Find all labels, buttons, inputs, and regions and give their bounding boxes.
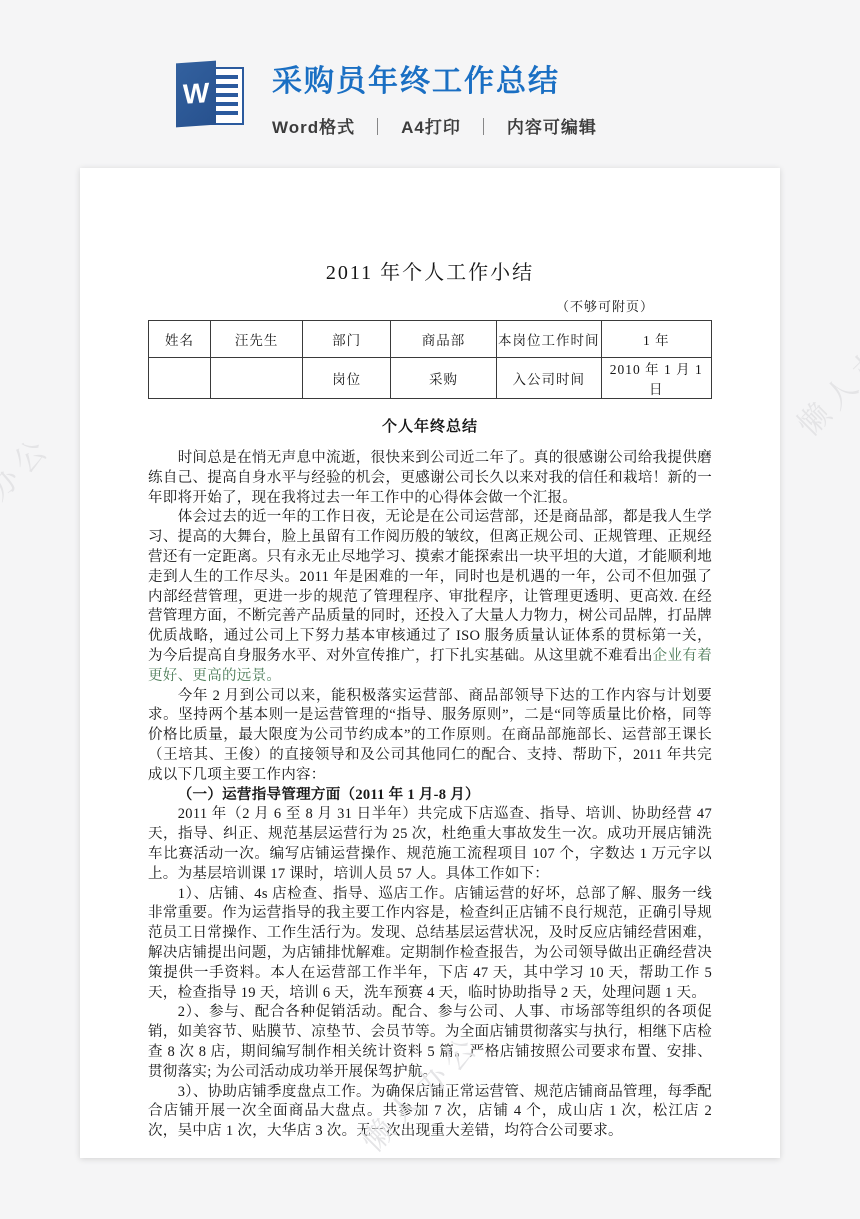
subtitle-separator: ｜ xyxy=(475,118,493,137)
list-item-2: 2）、参与、配合各种促销活动。配合、参与公司、人事、市场部等组织的各项促销，如美… xyxy=(148,1003,712,1082)
word-icon-letter: W xyxy=(183,77,209,111)
header: 采购员年终工作总结 Word格式｜A4打印｜内容可编辑 xyxy=(272,56,597,138)
document-title: 2011 年个人工作小结 xyxy=(148,168,712,285)
document-body: 时间总是在悄无声息中流逝，很快来到公司近二年了。真的很感谢公司给我提供磨练自己、… xyxy=(148,449,712,1142)
document-page: 2011 年个人工作小结 （不够可附页） 姓名 汪先生 部门 商品部 本岗位工作… xyxy=(80,168,780,1158)
section-heading: 个人年终总结 xyxy=(148,415,712,436)
header-subtitle: Word格式｜A4打印｜内容可编辑 xyxy=(272,113,597,138)
paragraph-review: 体会过去的近一年的工作日夜，无论是在公司运营部，还是商品部，都是我人生学习、提高… xyxy=(148,508,712,686)
list-item-3: 3）、协助店铺季度盘点工作。为确保店铺正常运营管、规范店铺商品管理，每季配合店铺… xyxy=(148,1083,712,1142)
cell-joined-label: 入公司时间 xyxy=(496,358,601,399)
template-preview-page: { "header": { "title": "采购员年终工作总结", "sub… xyxy=(0,0,860,1219)
page-title: 采购员年终工作总结 xyxy=(272,56,597,100)
watermark-text: 懒人办公 xyxy=(785,305,860,444)
table-row: 岗位 采购 入公司时间 2010 年 1 月 1 日 xyxy=(149,358,712,399)
employee-info-table: 姓名 汪先生 部门 商品部 本岗位工作时间 1 年 岗位 采购 入公司时间 20… xyxy=(148,320,712,399)
cell-tenure-value: 1 年 xyxy=(601,321,711,358)
word-icon: W xyxy=(176,60,246,134)
watermark-text: 懒人办公 xyxy=(0,423,60,562)
cell-name-value: 汪先生 xyxy=(210,321,302,358)
word-icon-blue-slab: W xyxy=(176,61,216,128)
list-item-1: 1）、店铺、4s 店检查、指导、巡店工作。店铺运营的好坏，总部了解、服务一线非常… xyxy=(148,885,712,1004)
paragraph-intro: 时间总是在悄无声息中流逝，很快来到公司近二年了。真的很感谢公司给我提供磨练自己、… xyxy=(148,449,712,508)
subsection-heading: （一）运营指导管理方面（2011 年 1 月-8 月） xyxy=(148,786,712,806)
cell-empty xyxy=(210,358,302,399)
subtitle-part-editable: 内容可编辑 xyxy=(507,118,597,137)
cell-joined-value: 2010 年 1 月 1 日 xyxy=(601,358,711,399)
cell-name-label: 姓名 xyxy=(149,321,211,358)
cell-empty xyxy=(149,358,211,399)
paragraph-principles: 今年 2 月到公司以来，能积极落实运营部、商品部领导下达的工作内容与计划要求。坚… xyxy=(148,687,712,786)
subtitle-part-print: A4打印 xyxy=(401,118,461,137)
attachment-note: （不够可附页） xyxy=(148,296,712,315)
paragraph-stats: 2011 年（2 月 6 至 8 月 31 日半年）共完成下店巡查、指导、培训、… xyxy=(148,805,712,884)
cell-dept-label: 部门 xyxy=(303,321,391,358)
subtitle-separator: ｜ xyxy=(369,118,387,137)
cell-post-label: 岗位 xyxy=(303,358,391,399)
subtitle-part-format: Word格式 xyxy=(272,118,355,137)
cell-dept-value: 商品部 xyxy=(391,321,497,358)
cell-tenure-label: 本岗位工作时间 xyxy=(496,321,601,358)
paragraph-review-text: 体会过去的近一年的工作日夜，无论是在公司运营部，还是商品部，都是我人生学习、提高… xyxy=(148,509,712,664)
table-row: 姓名 汪先生 部门 商品部 本岗位工作时间 1 年 xyxy=(149,321,712,358)
cell-post-value: 采购 xyxy=(391,358,497,399)
